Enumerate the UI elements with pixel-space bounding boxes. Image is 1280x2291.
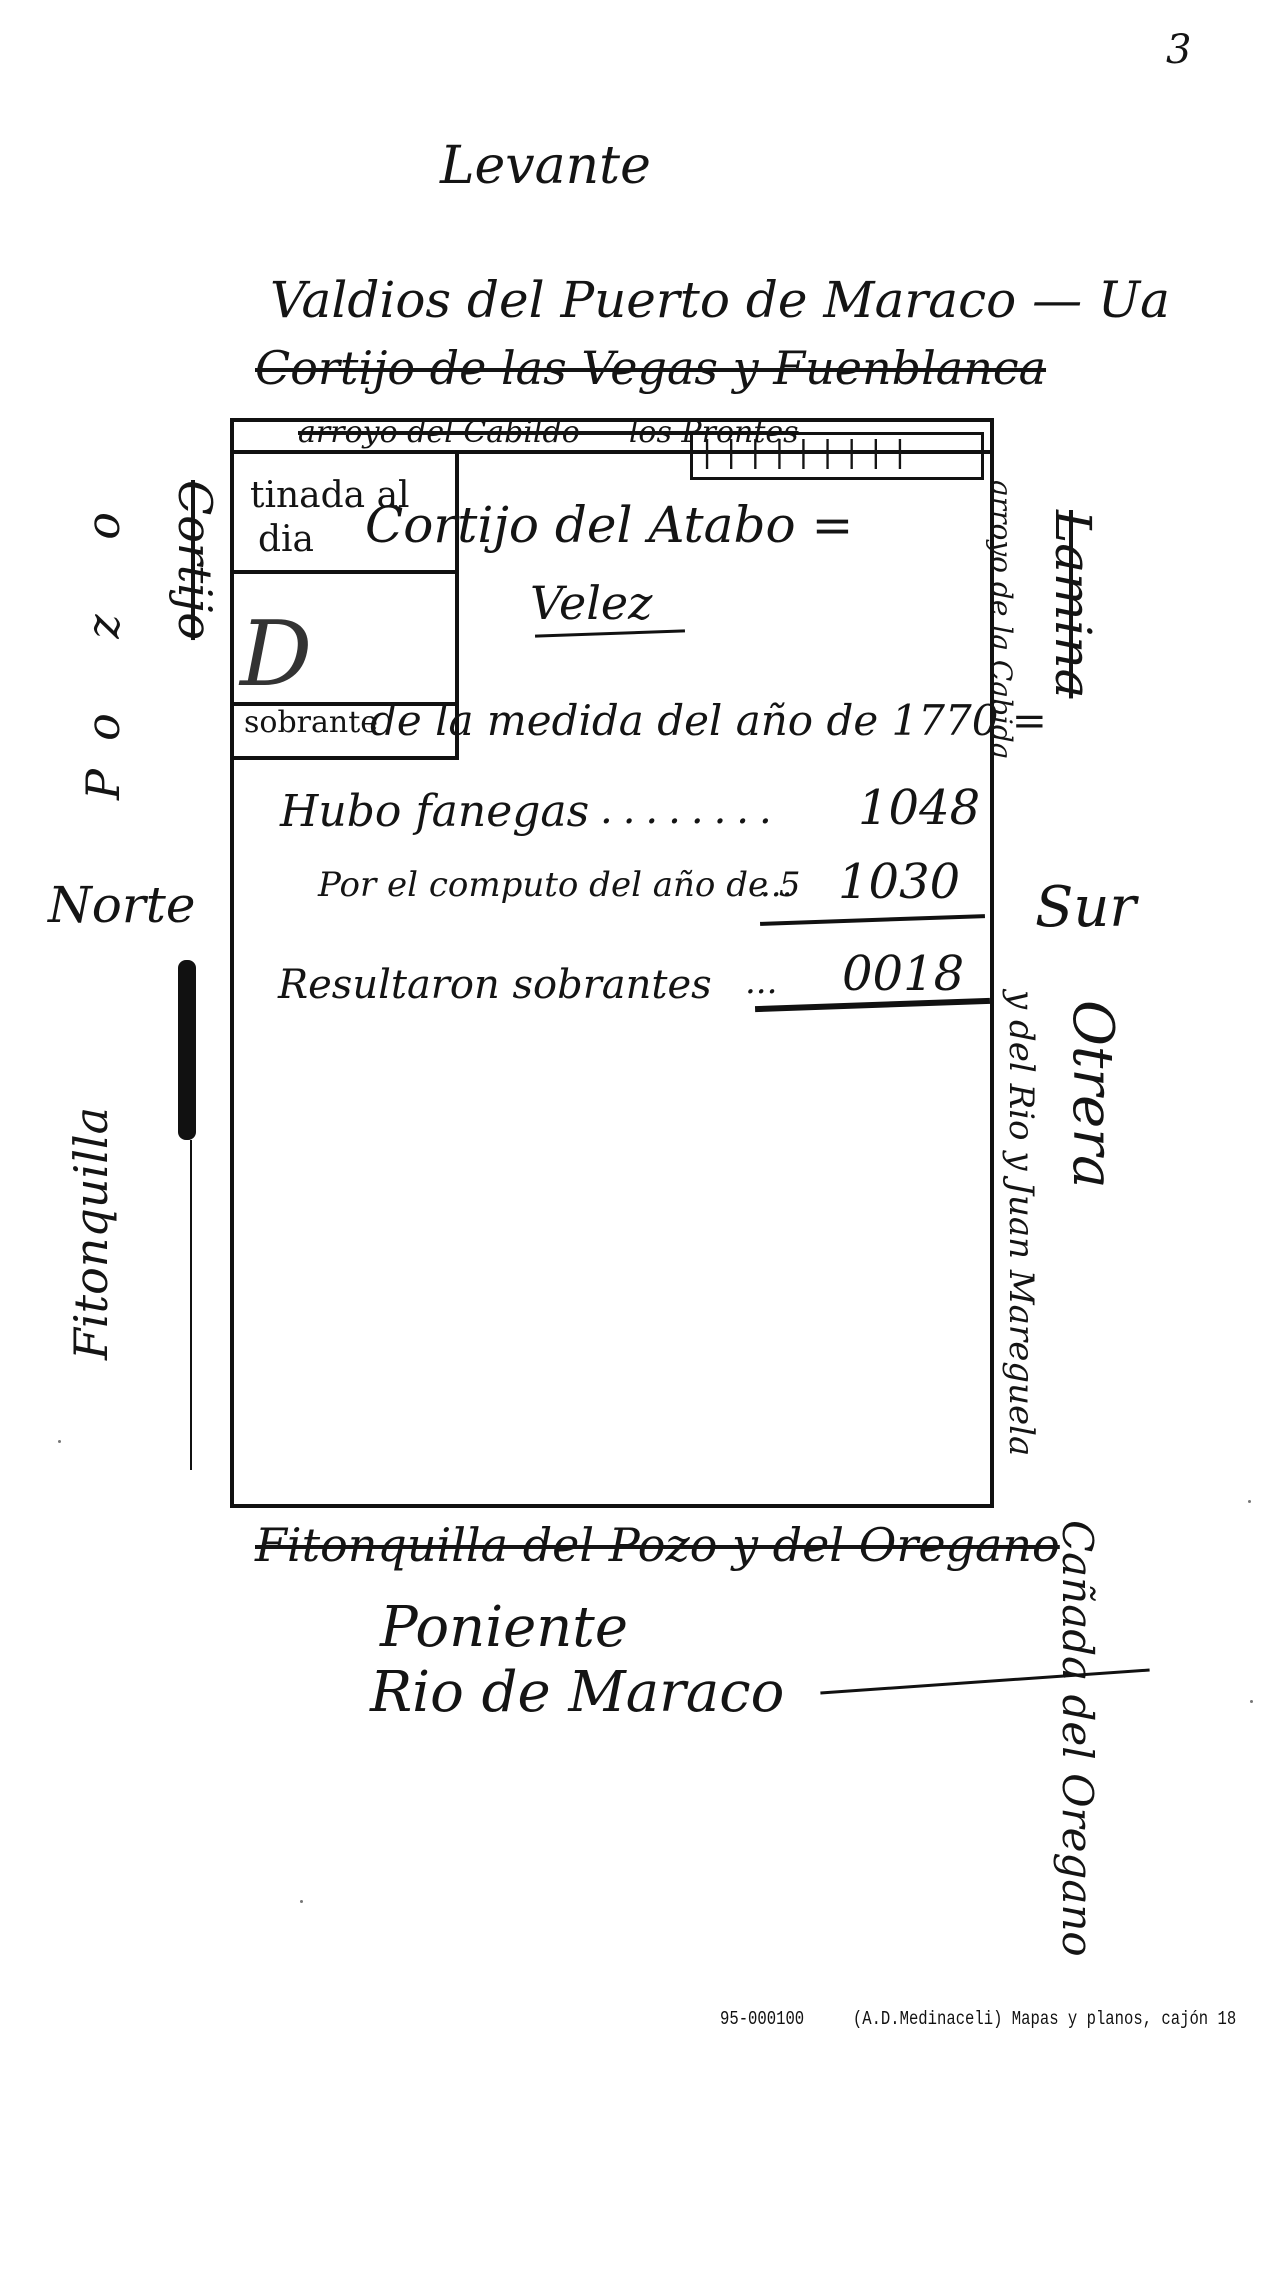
measure-line: de la medida del año de 1770 = <box>370 700 1047 742</box>
left-margin-ink-blot <box>178 960 196 1140</box>
box-title-2: Velez <box>530 580 652 626</box>
left-margin-cortijo: Cortijo <box>172 480 218 640</box>
ledger-row-3-value: 0018 <box>842 950 964 998</box>
ledger-row-2-leader: ... <box>760 868 792 902</box>
right-margin-lamina: Lamina <box>1048 510 1098 698</box>
left-margin-pozo: Po z o <box>80 482 126 800</box>
ledger-row-1-value: 1048 <box>858 784 980 832</box>
right-margin-juan: y del Rio y Juan Mareguela <box>1004 990 1038 1456</box>
ledger-row-1-leader: ........ <box>600 790 782 830</box>
scan-speck <box>58 1440 61 1443</box>
ledger-row-3-leader: ... <box>745 965 777 999</box>
header-line-2: Cortijo de las Vegas y Fuenblanca <box>255 345 1046 391</box>
ledger-row-3-label: Resultaron sobrantes <box>278 965 712 1005</box>
right-margin-arroyo: arroyo de la Cabida <box>987 480 1015 759</box>
archive-reference: 95-000100 <box>720 2008 804 2030</box>
left-margin-wavy-line <box>190 1140 192 1470</box>
archive-footer: 95-000100 (A.D.Medinaceli) Mapas y plano… <box>720 2008 1236 2030</box>
ledger-row-2-label: Por el computo del año de 5 <box>318 868 801 902</box>
box-left-cell-divider-3 <box>230 756 458 760</box>
header-line-1: Valdios del Puerto de Maraco — Ua <box>270 275 1170 325</box>
tick-marks: ||||||||| <box>702 438 919 468</box>
right-margin-otrera: Otrera <box>1064 1000 1120 1188</box>
orientation-top-label: Levante <box>440 140 651 192</box>
bottom-line-3: Rio de Maraco <box>370 1665 784 1721</box>
page-number: 3 <box>1166 30 1191 70</box>
top-left-label-2: dia <box>258 522 314 558</box>
box-left-cell-divider-1 <box>230 570 458 574</box>
scan-speck <box>300 1900 303 1903</box>
right-margin-canada: Cañada del Oregano <box>1056 1520 1098 1957</box>
ledger-row-1-label: Hubo fanegas <box>280 790 589 834</box>
orientation-right-label: Sur <box>1035 880 1136 936</box>
orientation-left-label: Norte <box>48 880 195 930</box>
bottom-line-1: Fitonquilla del Pozo y del Oregano <box>255 1522 1060 1568</box>
left-cell-label: sobrante <box>244 708 378 738</box>
archive-source: (A.D.Medinaceli) Mapas y planos, cajón 1… <box>853 2008 1236 2030</box>
left-margin-fitonquilla: Fitonquilla <box>68 1107 114 1360</box>
scan-speck <box>1250 1700 1253 1703</box>
orientation-bottom-label: Poniente <box>380 1600 628 1656</box>
ledger-row-2-value: 1030 <box>838 858 960 906</box>
scan-speck <box>1248 1500 1251 1503</box>
flourish-letter: D <box>240 610 312 700</box>
box-title-1: Cortijo del Atabo = <box>365 500 853 550</box>
